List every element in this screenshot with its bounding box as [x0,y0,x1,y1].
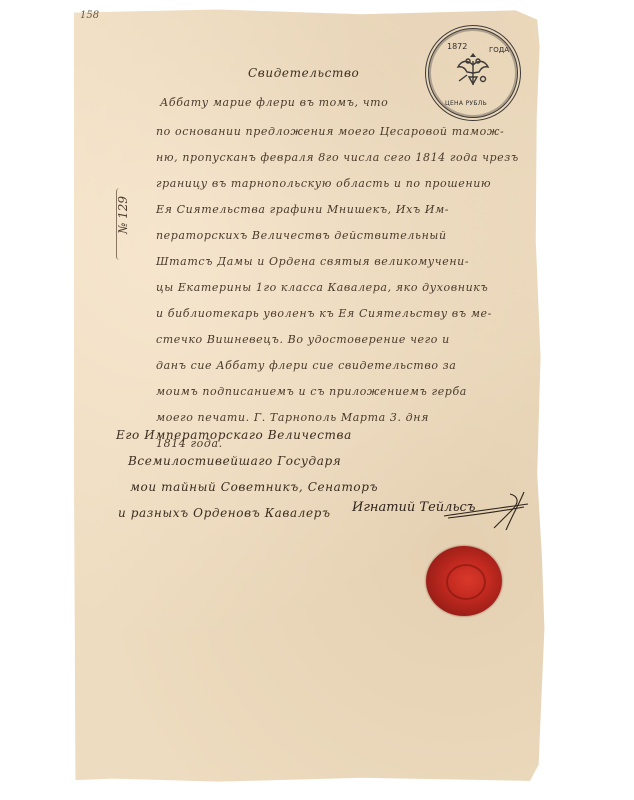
signature-flourish-icon [440,490,532,532]
stamp-price: ЦЕНА РУБЛЬ [445,100,487,107]
body-line: и библиотекарь уволенъ къ Ея Сиятельству… [156,307,492,320]
document-title: Свидетельство [248,66,359,80]
seal-impression [446,564,486,600]
revenue-stamp: 1872 ГОДА ЦЕНА РУБЛЬ [425,25,521,121]
double-headed-eagle-icon [453,51,493,91]
signature-block-line: Его Императорскаго Величества [116,428,352,442]
body-line: моего печати. Г. Тарнополь Марта 3. дня [156,411,429,424]
margin-note: № 129 [116,196,130,234]
body-line: ню, пропусканъ февраля 8го числа сего 18… [156,151,519,164]
body-line: моимъ подписаниемъ и съ приложениемъ гер… [156,385,467,398]
body-line: ператорскихъ Величествъ действительный [156,229,447,242]
signature-block-line: и разныхъ Орденовъ Кавалеръ [118,506,331,520]
signature-block-line: мои тайный Советникъ, Сенаторъ [130,480,378,494]
folio-number: 158 [80,10,99,21]
body-line: Штатсъ Дамы и Ордена святыя великомучени… [156,255,469,268]
body-line: данъ сие Аббату флери сие свидетельство … [156,359,456,372]
red-wax-seal [426,546,502,616]
body-line: цы Екатерины 1го класса Кавалера, яко ду… [156,281,488,294]
body-line: стечко Вишневецъ. Во удостоверение чего … [156,333,450,346]
signature-block-line: Всемилостивейшаго Государя [128,454,341,468]
body-line: Ея Сиятельства графини Мнишекъ, Ихъ Им- [156,203,449,216]
body-line: по основании предложения моего Цесаровой… [156,125,504,138]
stamp-year: 1872 [447,42,467,51]
body-line: границу въ тарнопольскую область и по пр… [156,177,491,190]
body-line: Аббату марие флери въ томъ, что [160,96,388,109]
